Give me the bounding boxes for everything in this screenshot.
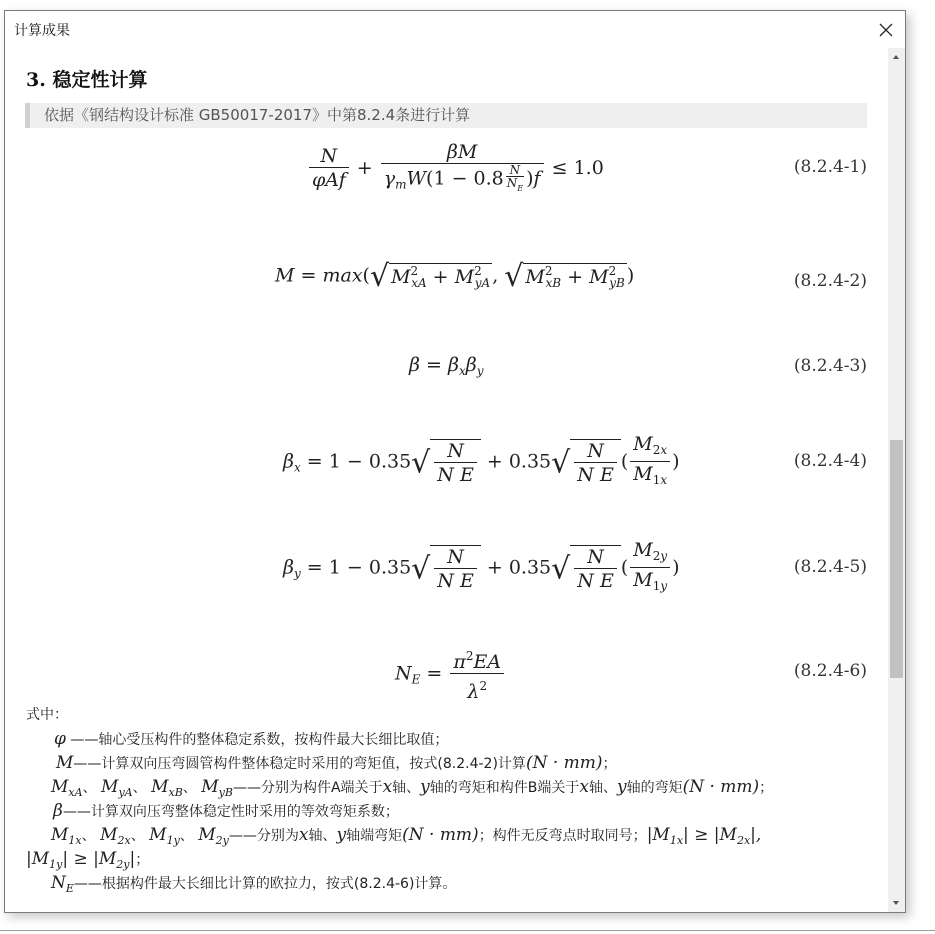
dialog-titlebar: 计算成果 [5, 11, 905, 49]
definition-end-moments-xy: M1x、 M2x、 M1y、 M2y——分别为x轴、y轴端弯矩(N · mm)；… [26, 823, 866, 847]
code-basis-note: 依据《钢结构设计标准 GB50017-2017》中第8.2.4条进行计算 [25, 103, 867, 128]
dialog-title: 计算成果 [14, 20, 70, 40]
equation-formula: βx = 1 − 0.35√NN E + 0.35√NN E(M2xM1x) [283, 433, 680, 492]
definition-end-moments-xy-cont: |M1y| ≥ |M2y|； [26, 847, 866, 871]
equation-formula: β = βxβy [409, 354, 484, 378]
definition-beta: β——计算双向压弯整体稳定性时采用的等效弯矩系数； [26, 799, 866, 823]
results-content: 3. 稳定性计算 依据《钢结构设计标准 GB50017-2017》中第8.2.4… [5, 49, 889, 912]
scroll-down-button[interactable] [888, 895, 905, 912]
equation-8-2-4-4: βx = 1 − 0.35√NN E + 0.35√NN E(M2xM1x) (… [5, 433, 867, 493]
scroll-up-button[interactable] [888, 48, 905, 65]
equation-8-2-4-3: β = βxβy (8.2.4-3) [5, 354, 867, 384]
equation-8-2-4-6: NE = π2EAλ2 (8.2.4-6) [5, 645, 867, 701]
equation-number: (8.2.4-1) [794, 157, 867, 177]
equation-number: (8.2.4-4) [794, 451, 867, 471]
where-label: 式中： [26, 703, 866, 727]
equation-formula: NφAf + βMγmW(1 − 0.8NNE)f ≤ 1.0 [307, 141, 604, 197]
equation-8-2-4-5: βy = 1 − 0.35√NN E + 0.35√NN E(M2yM1y) (… [5, 539, 867, 599]
section-title: 3. 稳定性计算 [26, 65, 147, 92]
arrow-up-icon [893, 55, 899, 59]
vertical-scrollbar[interactable] [888, 48, 905, 912]
definition-NE: NE——根据构件最大长细比计算的欧拉力，按式(8.2.4-6)计算。 [26, 871, 866, 895]
definition-end-moments-AB: MxA、 MyA、 MxB、 MyB——分别为构件A端关于x轴、y轴的弯矩和构件… [26, 775, 866, 799]
equation-8-2-4-1: NφAf + βMγmW(1 − 0.8NNE)f ≤ 1.0 (8.2.4-1… [5, 141, 867, 201]
equation-formula: βy = 1 − 0.35√NN E + 0.35√NN E(M2yM1y) [283, 539, 680, 598]
equation-formula: M = max(√M2xA + M2yA, √M2xB + M2yB) [275, 259, 634, 294]
arrow-down-icon [893, 901, 899, 905]
window-bottom-edge [0, 930, 935, 931]
definition-phi: φ ——轴心受压构件的整体稳定系数，按构件最大长细比取值； [26, 727, 866, 751]
definition-M: M——计算双向压弯圆管构件整体稳定时采用的弯矩值，按式(8.2.4-2)计算(N… [26, 751, 866, 775]
symbol-definitions: 式中： φ ——轴心受压构件的整体稳定系数，按构件最大长细比取值； M——计算双… [26, 703, 866, 895]
equation-number: (8.2.4-5) [794, 557, 867, 577]
equation-number: (8.2.4-6) [794, 661, 867, 681]
scroll-thumb[interactable] [890, 440, 903, 678]
equation-number: (8.2.4-3) [794, 356, 867, 376]
results-dialog: 计算成果 3. 稳定性计算 依据《钢结构设计标准 GB50017-2017》中第… [4, 10, 906, 913]
equation-8-2-4-2: M = max(√M2xA + M2yA, √M2xB + M2yB) (8.2… [5, 259, 867, 303]
equation-number: (8.2.4-2) [794, 271, 867, 291]
close-icon [873, 17, 899, 43]
equation-formula: NE = π2EAλ2 [395, 645, 506, 704]
close-button[interactable] [873, 17, 899, 43]
